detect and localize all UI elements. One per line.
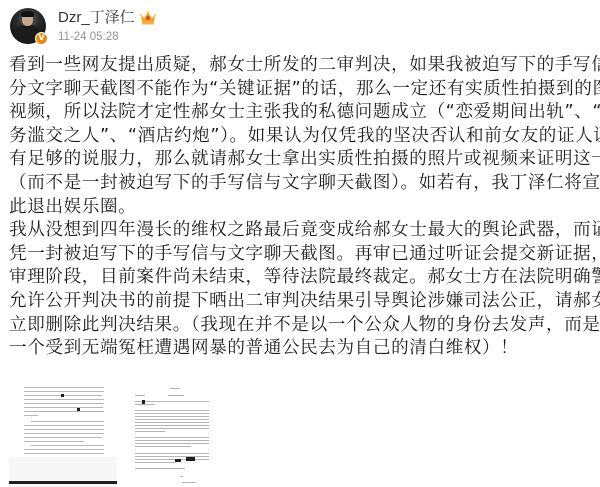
body-line: 有足够的说服力，那么就请郝女士拿出实质性拍摄的照片或视频来证明这一切！	[9, 148, 593, 172]
post-body-text: 看到一些网友提出质疑，郝女士所发的二审判决，如果我被迫写下的手写信和部 分文字聊…	[9, 54, 593, 361]
verified-v-icon: V	[35, 32, 48, 45]
post-timestamp[interactable]: 11-24 05:28	[58, 30, 119, 44]
court-document-photo-1[interactable]	[9, 384, 117, 487]
body-line: 审理阶段，目前案件尚未结束，等待法院最终裁定。郝女士方在法院明确警告不	[9, 266, 593, 290]
crown-icon[interactable]	[140, 11, 156, 25]
body-line: 立即删除此判决结果。（我现在并不是以一个公众人物的身份去发声，而是作为	[9, 314, 593, 338]
body-line: （而不是一封被迫写下的手写信与文字聊天截图）。如若有，我丁泽仁将宣布从	[9, 172, 593, 196]
post-header: V Dzr_丁泽仁 11-24 05:28	[10, 8, 590, 50]
body-line: 允许公开判决书的前提下晒出二审判决结果引导舆论涉嫌司法公正，请郝女士方	[9, 290, 593, 314]
court-document-photo-2[interactable]	[118, 384, 226, 487]
body-line: 我从没想到四年漫长的维权之路最后竟变成给郝女士最大的舆论武器，而证据仅	[9, 219, 593, 243]
body-line: 视频，所以法院才定性郝女士主张我的私德问题成立（“恋爱期间出轨”、“上门服	[9, 101, 593, 125]
body-line: 凭一封被迫写下的手写信与文字聊天截图。再审已通过听证会提交新证据，还在	[9, 243, 593, 267]
document-page	[118, 384, 226, 487]
username[interactable]: Dzr_丁泽仁	[58, 9, 135, 27]
page-divider	[9, 481, 117, 484]
body-line: 分文字聊天截图不能作为“关键证据”的话，那么一定还有实质性拍摄到的图片或	[9, 78, 593, 102]
body-line: 看到一些网友提出质疑，郝女士所发的二审判决，如果我被迫写下的手写信和部	[9, 54, 593, 78]
body-line: 务滥交之人”、“酒店约炮”）。如果认为仅凭我的坚决否认和前女友的证人证词没	[9, 125, 593, 149]
avatar-figure-hair	[21, 11, 34, 17]
document-page	[9, 384, 117, 457]
body-line: 一个受到无端冤枉遭遇网暴的普通公民去为自己的清白维权）！	[9, 337, 593, 361]
body-line: 此退出娱乐圈。	[9, 196, 593, 220]
